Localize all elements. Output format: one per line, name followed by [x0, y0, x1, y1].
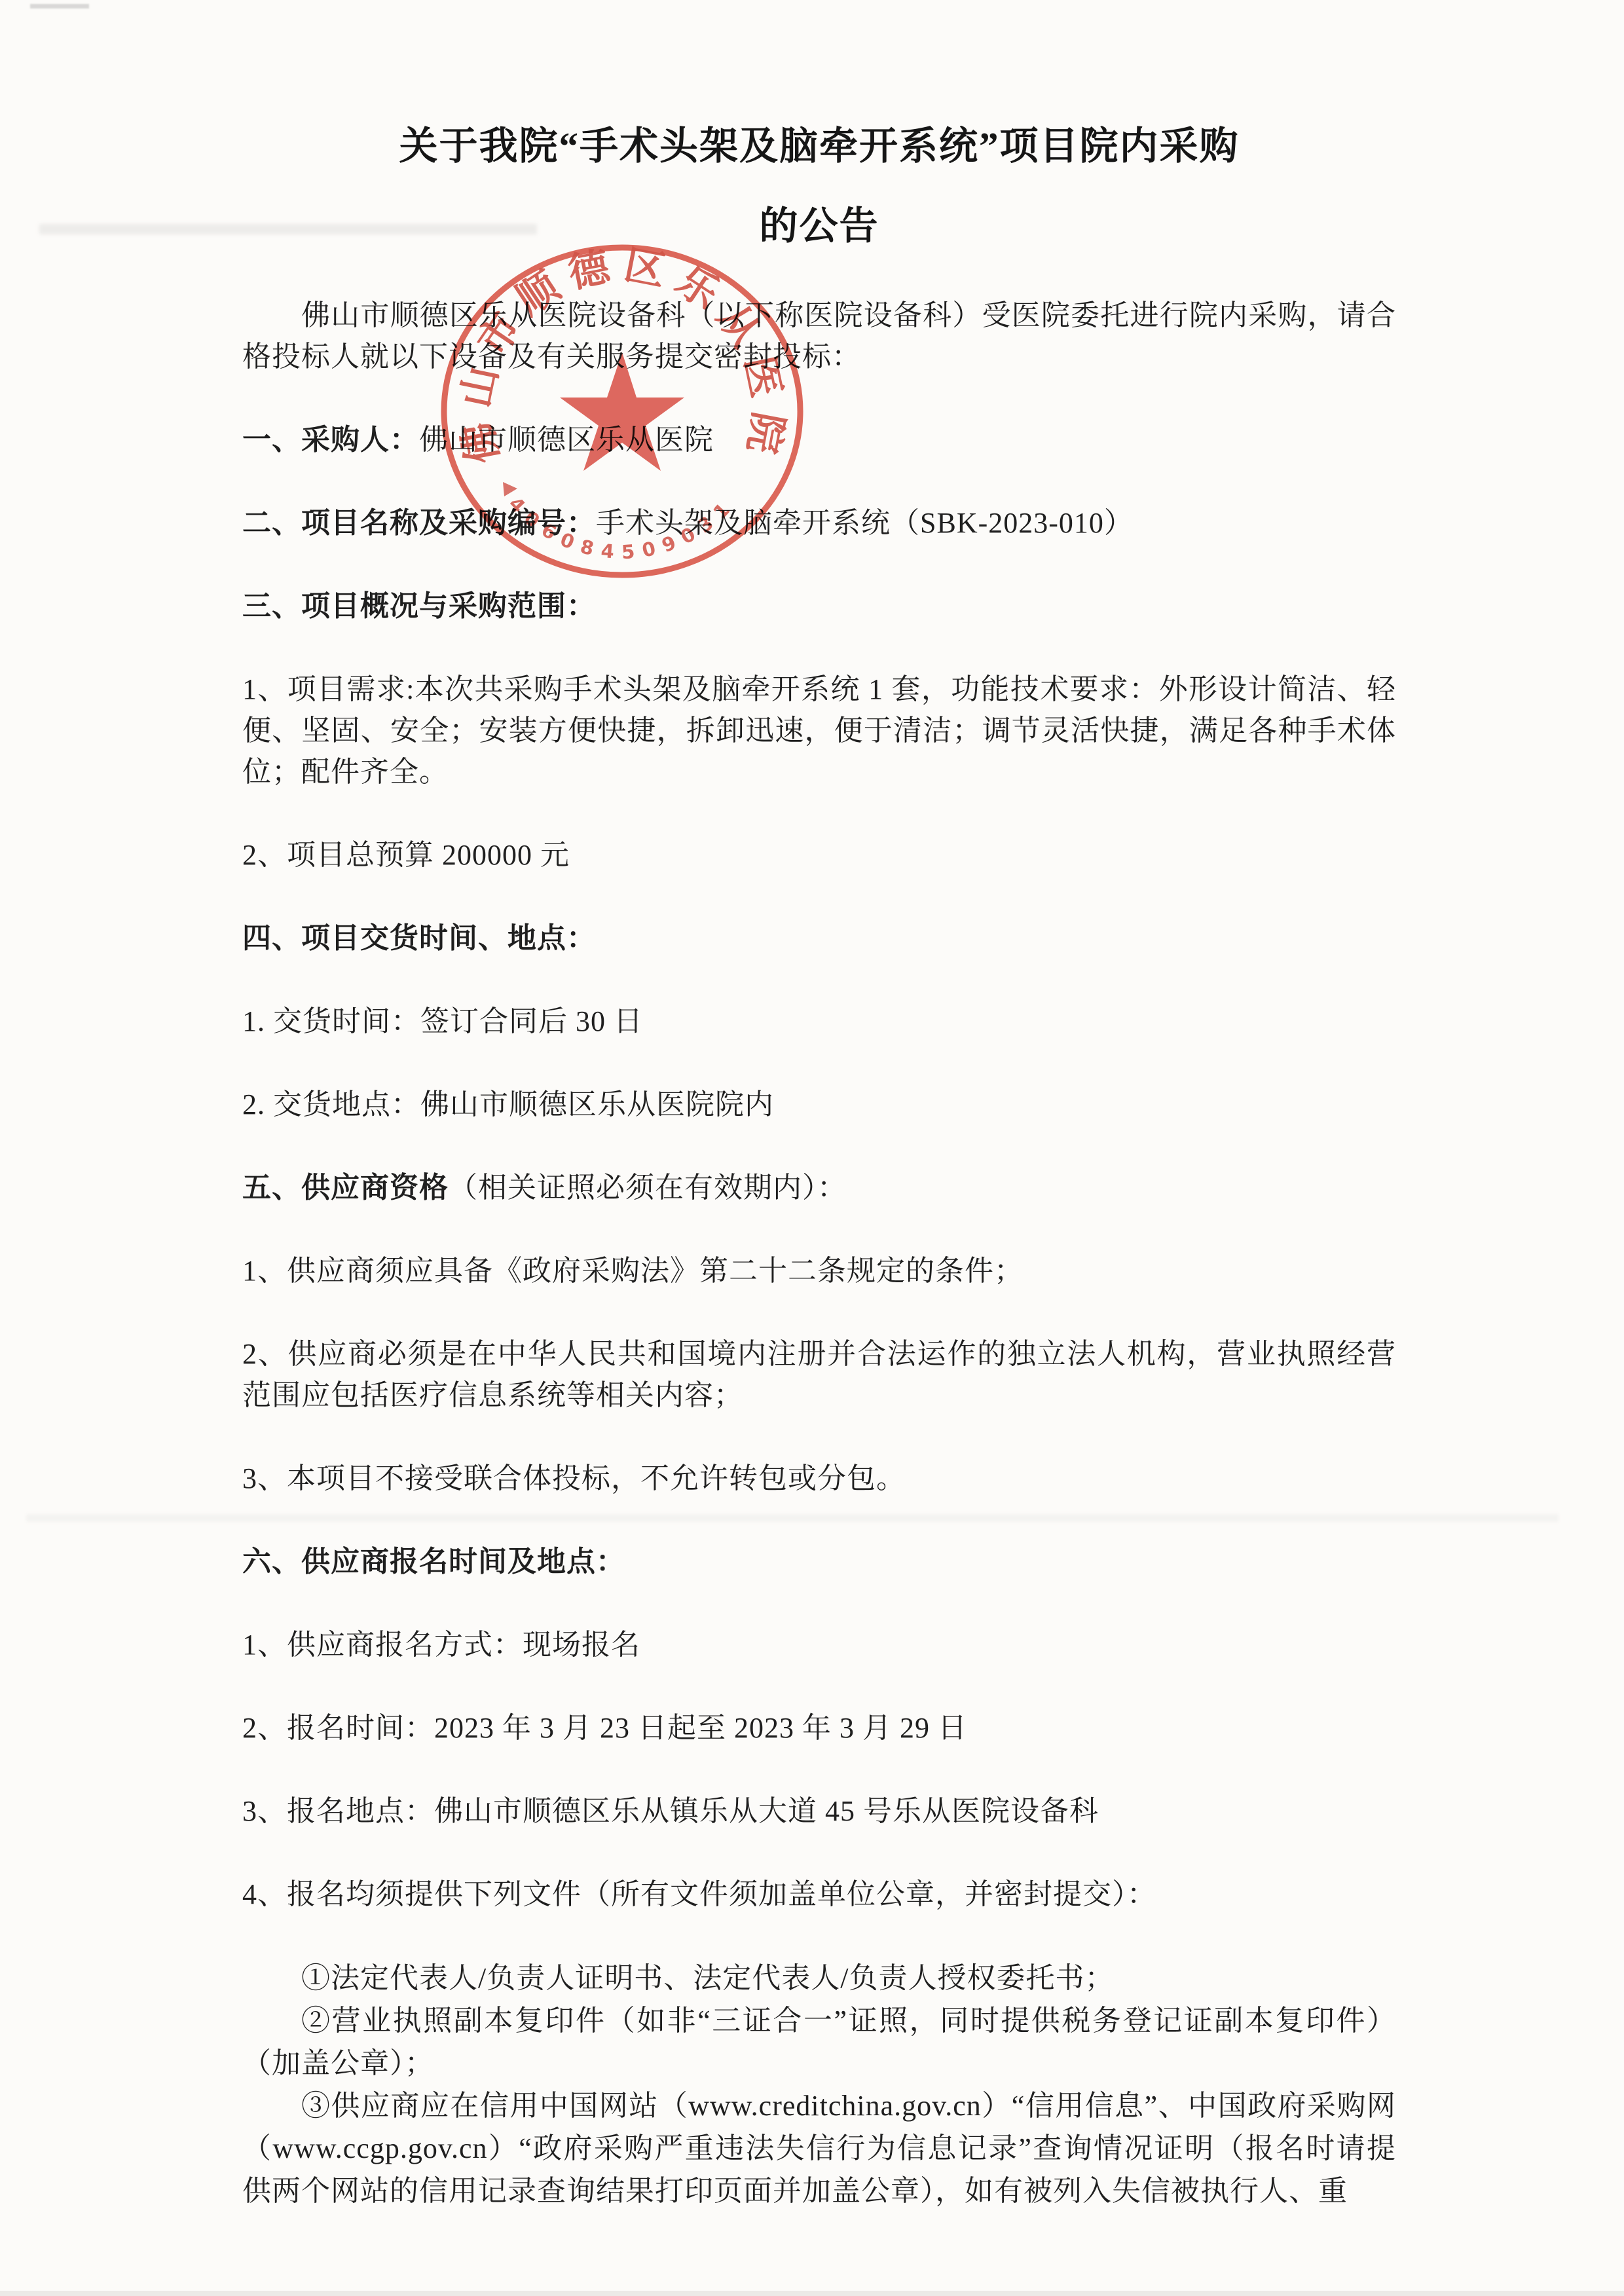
required-documents-list: ①法定代表人/负责人证明书、法定代表人/负责人授权委托书； ②营业执照副本复印件…	[242, 1957, 1396, 2212]
section-4-item-2: 2. 交货地点：佛山市顺德区乐从医院院内	[242, 1084, 1396, 1125]
section-3-item-1: 1、项目需求:本次共采购手术头架及脑牵开系统 1 套，功能技术要求：外形设计简洁…	[242, 669, 1396, 792]
section-4-heading: 四、项目交货时间、地点：	[242, 917, 1396, 959]
intro-paragraph: 佛山市顺德区乐从医院设备科（以下称医院设备科）受医院委托进行院内采购，请合格投标…	[242, 295, 1396, 377]
section-5-heading-note: （相关证照必须在有效期内）：	[449, 1172, 847, 1204]
section-3-heading: 三、项目概况与采购范围：	[242, 585, 1396, 627]
section-1-heading: 一、采购人：	[242, 424, 419, 456]
section-6-item-2: 2、报名时间：2023 年 3 月 23 日起至 2023 年 3 月 29 日	[242, 1707, 1396, 1749]
section-5-item-3: 3、本项目不接受联合体投标，不允许转包或分包。	[242, 1458, 1396, 1499]
section-4-item-1: 1. 交货时间：签订合同后 30 日	[242, 1001, 1396, 1042]
section-6-item-4: 4、报名均须提供下列文件（所有文件须加盖单位公章，并密封提交）：	[242, 1874, 1396, 1915]
section-5-item-1: 1、供应商须应具备《政府采购法》第二十二条规定的条件；	[242, 1250, 1396, 1291]
document-title: 关于我院“手术头架及脑牵开系统”项目院内采购 的公告	[242, 106, 1396, 266]
section-5-heading-row: 五、供应商资格（相关证照必须在有效期内）：	[242, 1167, 1396, 1208]
section-1-text: 佛山市顺德区乐从医院	[419, 424, 714, 456]
document-page: 关于我院“手术头架及脑牵开系统”项目院内采购 的公告 佛山市顺德区乐从医院设备科…	[0, 0, 1624, 2296]
section-2-project-name: 二、项目名称及采购编号：手术头架及脑牵开系统（SBK-2023-010）	[242, 502, 1396, 544]
section-6-heading: 六、供应商报名时间及地点：	[242, 1541, 1396, 1582]
required-document-1: ①法定代表人/负责人证明书、法定代表人/负责人授权委托书；	[242, 1957, 1396, 1999]
scan-smudge	[30, 4, 89, 9]
required-document-2: ②营业执照副本复印件（如非“三证合一”证照，同时提供税务登记证副本复印件）（加盖…	[242, 1999, 1396, 2084]
section-6-item-1: 1、供应商报名方式：现场报名	[242, 1624, 1396, 1665]
document-title-line-1: 关于我院“手术头架及脑牵开系统”项目院内采购	[242, 106, 1396, 186]
section-2-text: 手术头架及脑牵开系统（SBK-2023-010）	[596, 507, 1134, 539]
document-content: 关于我院“手术头架及脑牵开系统”项目院内采购 的公告 佛山市顺德区乐从医院设备科…	[242, 0, 1396, 2212]
required-document-3: ③供应商应在信用中国网站（www.creditchina.gov.cn）“信用信…	[242, 2084, 1396, 2212]
section-5-item-2: 2、供应商必须是在中华人民共和国境内注册并合法运作的独立法人机构，营业执照经营范…	[242, 1333, 1396, 1416]
document-title-line-2: 的公告	[242, 186, 1396, 266]
section-6-item-3: 3、报名地点：佛山市顺德区乐从镇乐从大道 45 号乐从医院设备科	[242, 1790, 1396, 1832]
section-5-heading: 五、供应商资格	[242, 1172, 449, 1204]
section-3-item-2: 2、项目总预算 200000 元	[242, 834, 1396, 876]
scan-edge-shadow	[0, 2291, 1624, 2296]
section-2-heading: 二、项目名称及采购编号：	[242, 507, 596, 539]
section-1-purchaser: 一、采购人：佛山市顺德区乐从医院	[242, 419, 1396, 460]
